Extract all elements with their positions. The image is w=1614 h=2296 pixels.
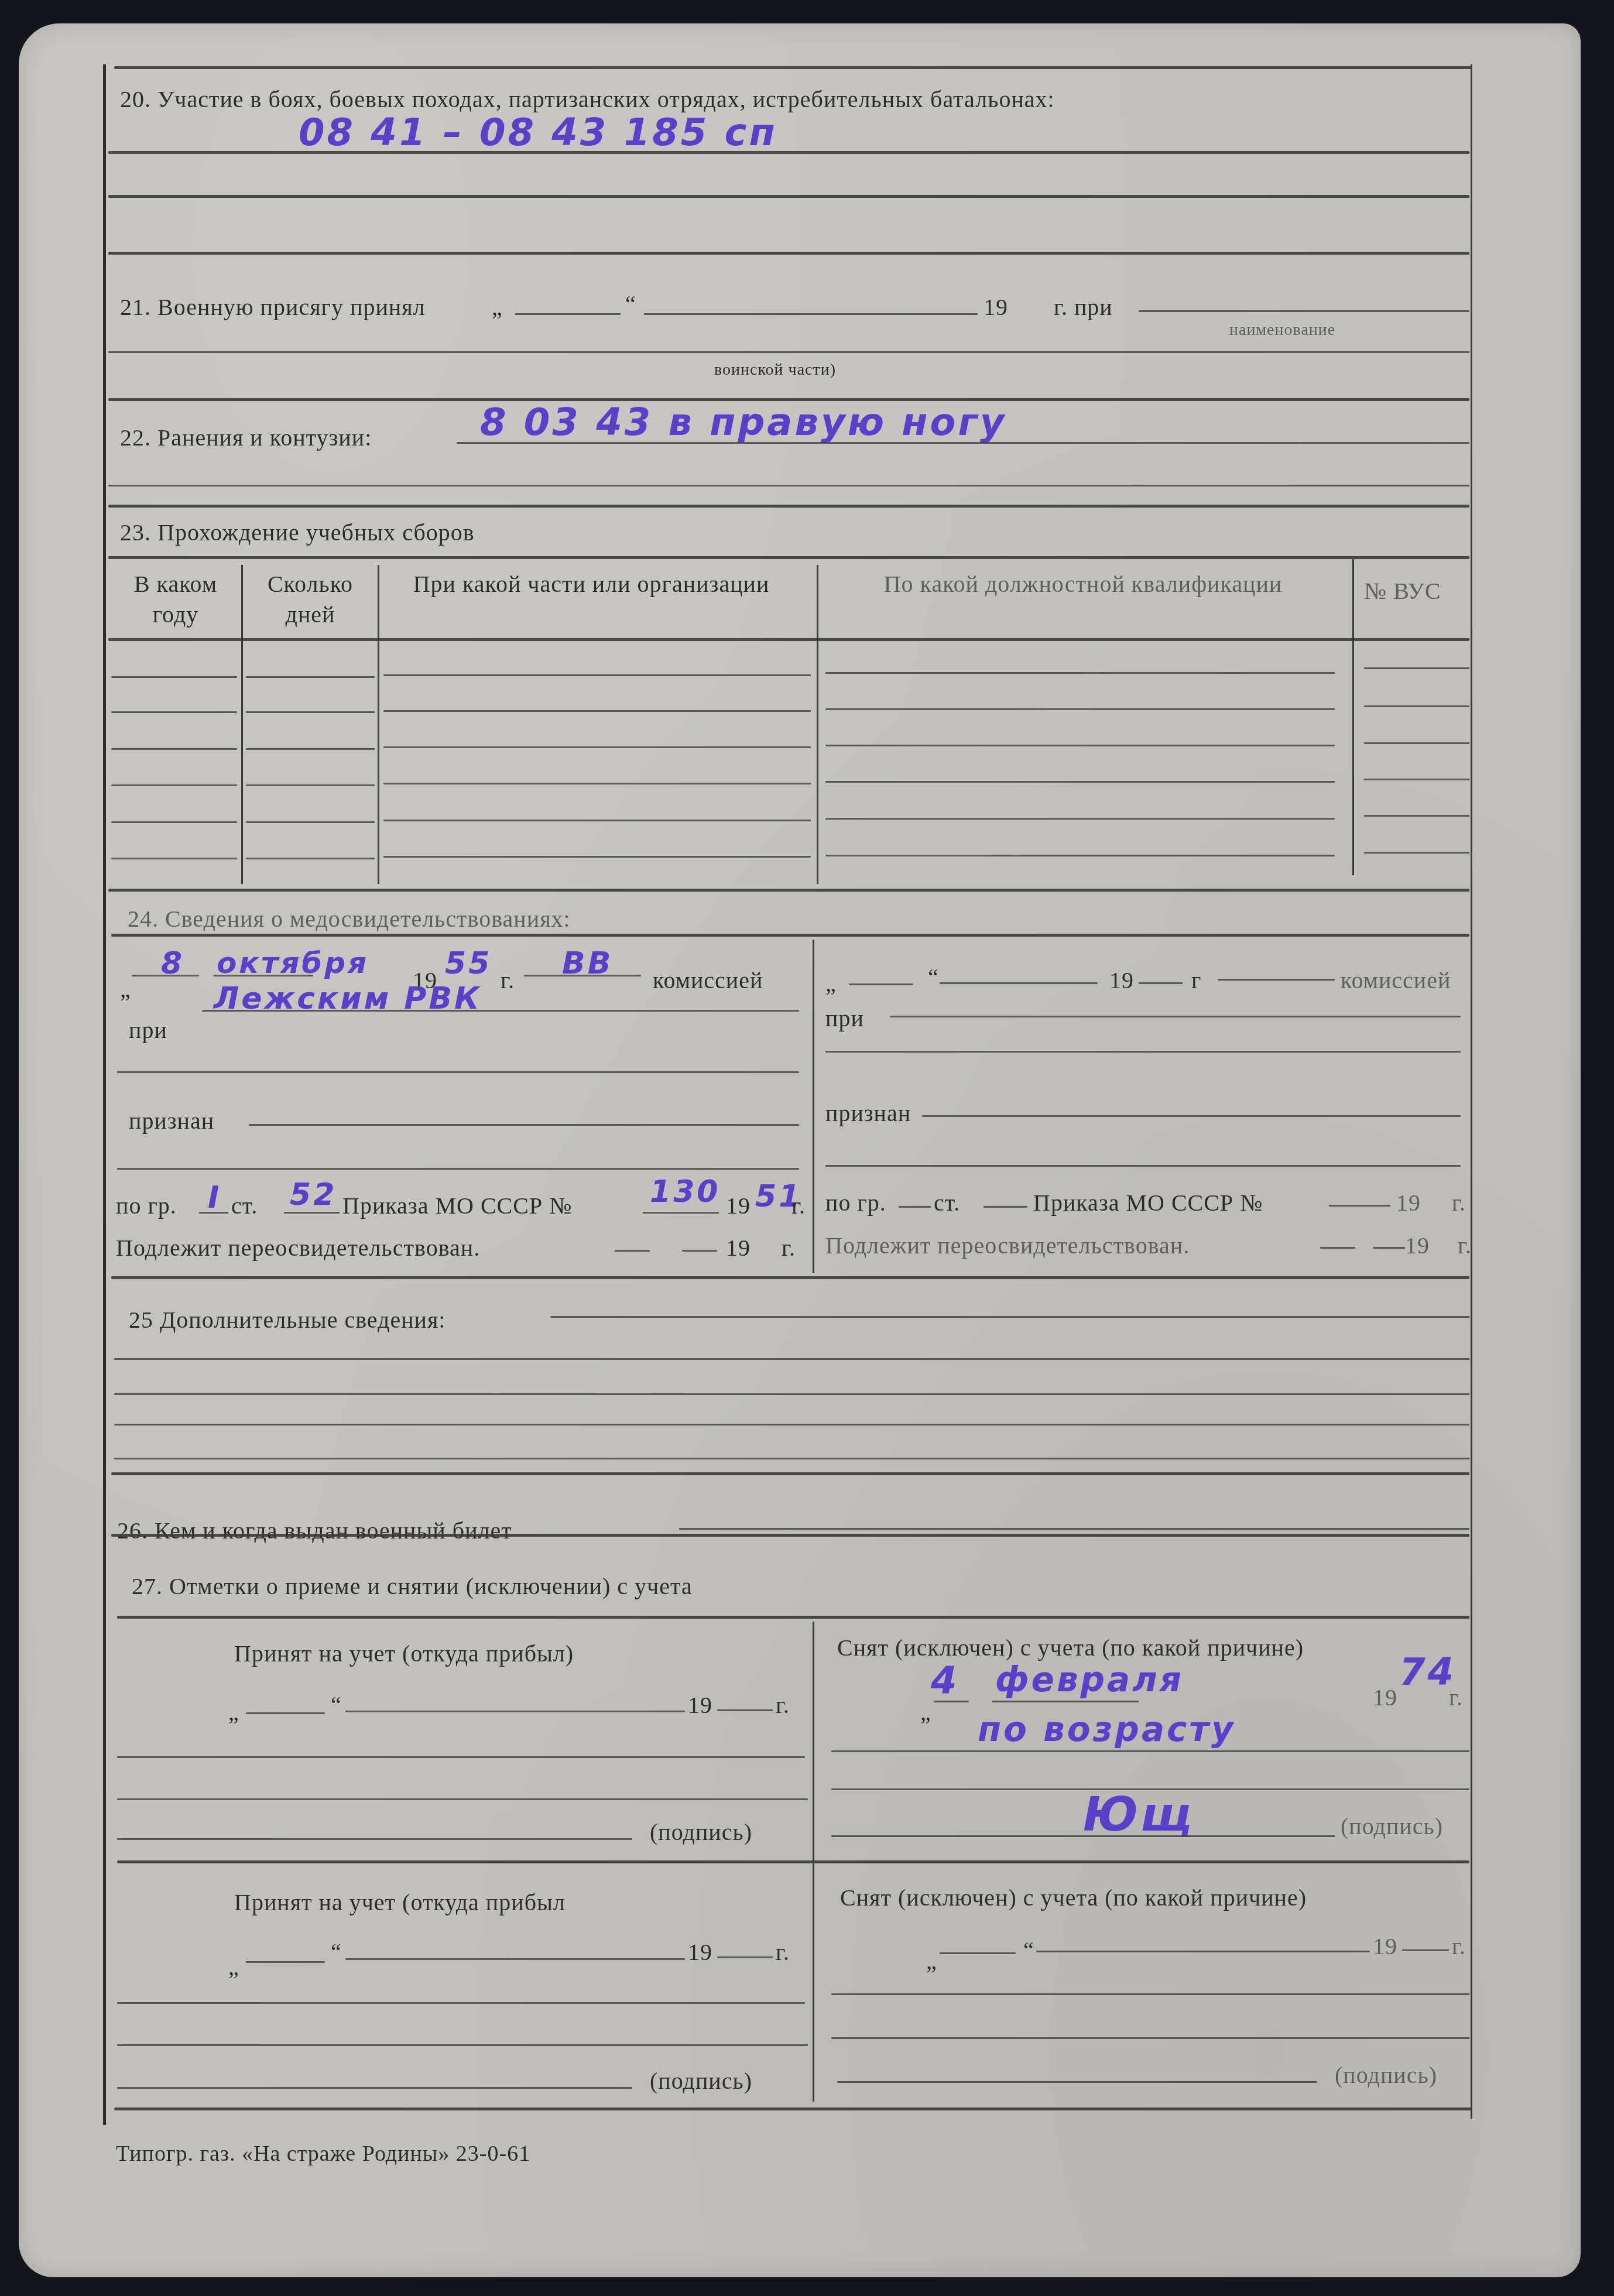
exam2-order-g: г. [1452,1191,1466,1215]
exam1-order-label: Приказа МО СССР № [342,1194,572,1218]
exam2-commission-field[interactable] [1218,979,1335,981]
exam1-year-value: 55 [445,948,492,979]
exam1-po-gr-label: по гр. [116,1194,177,1218]
section20-title: 20. Участие в боях, боевых походах, парт… [120,88,1055,111]
block2-accepted-year-prefix: 19 [688,1941,712,1964]
cell-vus[interactable] [1364,705,1469,707]
section25-line-1[interactable] [550,1316,1469,1318]
section21-month-field[interactable] [644,313,978,315]
exam2-reexam-g: г. [1458,1234,1472,1257]
cell-year[interactable] [111,676,237,678]
block1-removed-quote-open: „ [920,1701,931,1724]
block2-removed-line-1[interactable] [831,1993,1469,1995]
exam1-pri-label: при [129,1019,167,1042]
table-col-divider-3 [817,565,818,884]
exam2-day-field[interactable] [849,983,913,985]
exam2-order-no-field[interactable] [1329,1205,1390,1207]
block2-accepted-g: г. [776,1941,790,1964]
block2-accepted-quote-open: „ [228,1955,239,1979]
frame-right-border [1471,64,1472,2119]
exam1-line-3[interactable] [117,1071,799,1073]
exam2-year-field[interactable] [1139,982,1183,984]
block1-removed-year-prefix: 19 [1373,1686,1397,1709]
cell-year[interactable] [111,858,237,859]
block2-removed-day-field[interactable] [940,1952,1016,1954]
exam2-quote-close: “ [928,966,939,989]
block2-removed-signature-field[interactable] [837,2081,1317,2083]
table-col-divider-4 [1352,559,1354,875]
exam2-order-label: Приказа МО СССР № [1033,1191,1263,1215]
exam1-quote-open: „ [120,978,131,1001]
section21-caption-name: наименование [1229,322,1335,338]
cell-qualification[interactable] [825,781,1335,783]
block1-accepted-line-2[interactable] [117,1798,808,1800]
block1-removed-title: Снят (исключен) с учета (по какой причин… [837,1636,1304,1660]
table-header-bottom [108,638,1469,641]
block1-accepted-month-field[interactable] [345,1711,685,1712]
exam1-priznan-field[interactable] [249,1124,799,1126]
block2-accepted-signature-field[interactable] [117,2087,632,2089]
block1-removed-month-field[interactable] [992,1701,1139,1702]
exam1-priznan-label: признан [129,1109,214,1133]
exam1-order-no-value: 130 [650,1177,721,1207]
section21-unit-field[interactable] [1139,310,1469,312]
section27-bottom-rule [114,2107,1472,2110]
exam2-reexam-label: Подлежит переосвидетельствован. [825,1234,1190,1257]
block2-accepted-signature-label: (подпись) [650,2069,752,2093]
exam2-st-label: ст. [934,1191,960,1215]
exam1-gr-value: I [208,1183,221,1213]
cell-vus[interactable] [1364,779,1469,780]
cell-qualification[interactable] [825,818,1335,820]
block2-removed-line-2[interactable] [831,2037,1469,2039]
cell-year[interactable] [111,711,237,713]
section21-suffix: г. при [1054,296,1113,319]
exam2-priznan-field[interactable] [922,1115,1461,1117]
block1-removed-signature-hand: Ющ [1083,1791,1194,1838]
exam2-priznan-label: признан [825,1102,911,1125]
cell-qualification[interactable] [825,855,1335,856]
cell-vus[interactable] [1364,742,1469,744]
block2-removed-signature-label: (подпись) [1335,2064,1437,2087]
section25-line-3[interactable] [114,1393,1469,1395]
cell-days[interactable] [246,858,375,859]
cell-qualification[interactable] [825,708,1335,710]
section21-unit-line-2[interactable] [108,351,1469,353]
section27-title: 27. Отметки о приеме и снятии (исключени… [132,1575,693,1598]
section20-handwritten-entry: 08 41 – 08 43 185 сп [299,114,777,152]
exam2-month-field[interactable] [940,982,1098,984]
block1-removed-g: г. [1449,1686,1463,1709]
section26-field[interactable] [679,1528,1469,1530]
section20-line-1 [108,151,1469,154]
section25-label: 25 Дополнительные сведения: [129,1308,446,1332]
block2-accepted-month-field[interactable] [345,1958,685,1960]
section22-bottom-rule [108,505,1469,508]
printer-imprint: Типогр. газ. «На страже Родины» 23-0-61 [116,2143,530,2165]
block2-accepted-line-1[interactable] [117,2002,805,2004]
exam1-commission-value: ВВ [562,948,613,979]
section24-title-rule [111,934,1469,937]
exam2-reexam-month-field[interactable] [1373,1247,1405,1249]
block1-removed-month-value: февраля [995,1663,1184,1697]
cell-days[interactable] [246,676,375,678]
block1-accepted-year-field[interactable] [717,1709,773,1711]
exam2-line-5[interactable] [825,1165,1461,1167]
block1-removed-signature-label: (подпись) [1341,1815,1443,1838]
cell-year[interactable] [111,821,237,823]
section26-label: 26. Кем и когда выдан военный билет [117,1519,512,1543]
table-col-divider-1 [241,565,243,884]
cell-unit[interactable] [383,674,811,676]
table-col-divider-2 [378,565,379,884]
exam1-g: г. [501,969,515,992]
section22-line-1 [457,442,1469,444]
cell-days[interactable] [246,784,375,786]
block1-accepted-signature-label: (подпись) [650,1821,752,1844]
exam2-quote-open: „ [825,972,837,995]
exam2-st-field[interactable] [984,1206,1027,1208]
table-header-unit: При какой части или организации [410,569,773,599]
block2-accepted-title: Принят на учет (откуда прибыл [234,1891,566,1914]
exam1-order-no-field[interactable] [643,1212,719,1214]
section23-title: 23. Прохождение учебных сборов [120,521,475,544]
cell-vus[interactable] [1364,852,1469,854]
block2-removed-year-prefix: 19 [1373,1935,1397,1958]
cell-days[interactable] [246,711,375,713]
block2-accepted-day-field[interactable] [246,1961,325,1963]
cell-vus[interactable] [1364,815,1469,817]
exam2-gr-field[interactable] [899,1206,931,1208]
exam1-commission-label: комиссией [653,969,763,992]
block2-removed-month-field[interactable] [1036,1951,1370,1952]
block1-accepted-g: г. [776,1694,790,1717]
section20-bottom-rule [108,252,1469,255]
cell-unit[interactable] [383,783,811,784]
block2-removed-quote-close: “ [1023,1939,1034,1962]
section24-bottom-rule [111,1276,1469,1279]
block1-removed-day-value: 4 [931,1663,960,1700]
exam1-line-5[interactable] [117,1168,799,1170]
block1-removed-year-value: 74 [1399,1654,1456,1691]
block1-accepted-day-field[interactable] [246,1712,325,1714]
block1-accepted-signature-field[interactable] [117,1838,632,1840]
section25-line-5[interactable] [114,1458,1469,1459]
exam1-reexam-month-field[interactable] [682,1250,717,1252]
section25-line-4[interactable] [114,1424,1469,1425]
exam2-po-gr-label: по гр. [825,1191,886,1215]
block2-accepted-year-field[interactable] [717,1956,773,1958]
exam1-month-value: октября [217,948,369,978]
exam2-order-year-prefix: 19 [1396,1191,1421,1215]
section27-title-rule [117,1616,1469,1619]
block2-removed-year-field[interactable] [1402,1949,1449,1951]
cell-unit[interactable] [383,856,811,858]
exam1-order-g: г. [791,1194,806,1218]
exam1-st-value: 52 [290,1180,337,1210]
section27-middle-rule [117,1860,1469,1863]
section23-bottom-rule [108,889,1469,892]
section24-title: 24. Сведения о медосвидетельствованиях: [128,907,571,931]
section25-line-2[interactable] [114,1358,1469,1360]
block2-removed-quote-open: „ [926,1949,937,1973]
section22-label: 22. Ранения и контузии: [120,426,372,450]
block1-accepted-title: Принят на учет (откуда прибыл) [234,1642,574,1666]
table-header-days: Сколько дней [246,569,375,630]
exam2-line-3[interactable] [825,1051,1461,1053]
exam1-pri-value: Лежским РВК [214,983,482,1014]
section21-label: 21. Военную присягу принял [120,296,426,319]
exam2-commission-label: комиссией [1341,969,1451,992]
block1-removed-signature-field[interactable] [831,1835,1335,1837]
cell-unit[interactable] [383,746,811,748]
exam2-year-prefix: 19 [1109,969,1134,992]
block1-accepted-quote-open: „ [228,1701,239,1724]
section20-line-2 [108,195,1469,198]
exam1-order-year-prefix: 19 [726,1194,751,1218]
exam1-reexam-year-prefix: 19 [726,1236,751,1260]
cell-unit[interactable] [383,820,811,821]
frame-top-border [114,66,1472,69]
section22-handwritten-entry: 8 03 43 в правую ногу [480,404,1007,441]
cell-days[interactable] [246,821,375,823]
section21-quote-close: “ [625,293,636,316]
section24-column-divider [813,940,814,1273]
block1-removed-reason: по возрасту [978,1712,1236,1746]
exam1-st-label: ст. [231,1194,258,1218]
block2-removed-title: Снят (исключен) с учета (по какой причин… [840,1886,1307,1910]
exam2-g: г [1191,969,1201,992]
exam2-pri-label: при [825,1007,864,1030]
block1-removed-line-1[interactable] [831,1750,1469,1752]
section23-table-top [108,556,1469,559]
block2-accepted-quote-close: “ [331,1941,342,1964]
block2-removed-g: г. [1452,1935,1466,1958]
exam2-reexam-day-field[interactable] [1320,1247,1355,1249]
table-header-qualification: По какой должностной квалификации [866,569,1300,599]
section25-bottom-rule [111,1472,1469,1475]
block1-accepted-year-prefix: 19 [688,1694,712,1717]
table-header-year: В каком году [114,569,237,630]
cell-qualification[interactable] [825,672,1335,674]
exam1-reexam-g: г. [782,1236,796,1260]
section21-day-field[interactable] [515,313,621,315]
exam1-day-value: 8 [161,948,184,979]
exam1-reexam-label: Подлежит переосвидетельствован. [116,1236,480,1260]
exam1-reexam-day-field[interactable] [615,1250,650,1252]
exam2-reexam-year-prefix: 19 [1405,1234,1430,1257]
block1-accepted-line-1[interactable] [117,1756,805,1758]
block2-accepted-line-2[interactable] [117,2044,808,2046]
cell-year[interactable] [111,748,237,750]
block1-accepted-quote-close: “ [331,1694,342,1717]
section21-quote-open: „ [492,296,503,319]
section21-caption-unit: воинской части) [714,362,836,378]
cell-qualification[interactable] [825,745,1335,746]
cell-days[interactable] [246,748,375,750]
table-header-vus: № ВУС [1364,580,1441,603]
cell-year[interactable] [111,784,237,786]
section26-bottom-rule [111,1534,1469,1537]
cell-vus[interactable] [1364,667,1469,669]
frame-left-border [103,64,106,2125]
exam2-pri-field[interactable] [890,1016,1461,1017]
cell-unit[interactable] [383,710,811,712]
section21-year-prefix: 19 [984,296,1008,319]
section22-line-2 [108,485,1469,486]
